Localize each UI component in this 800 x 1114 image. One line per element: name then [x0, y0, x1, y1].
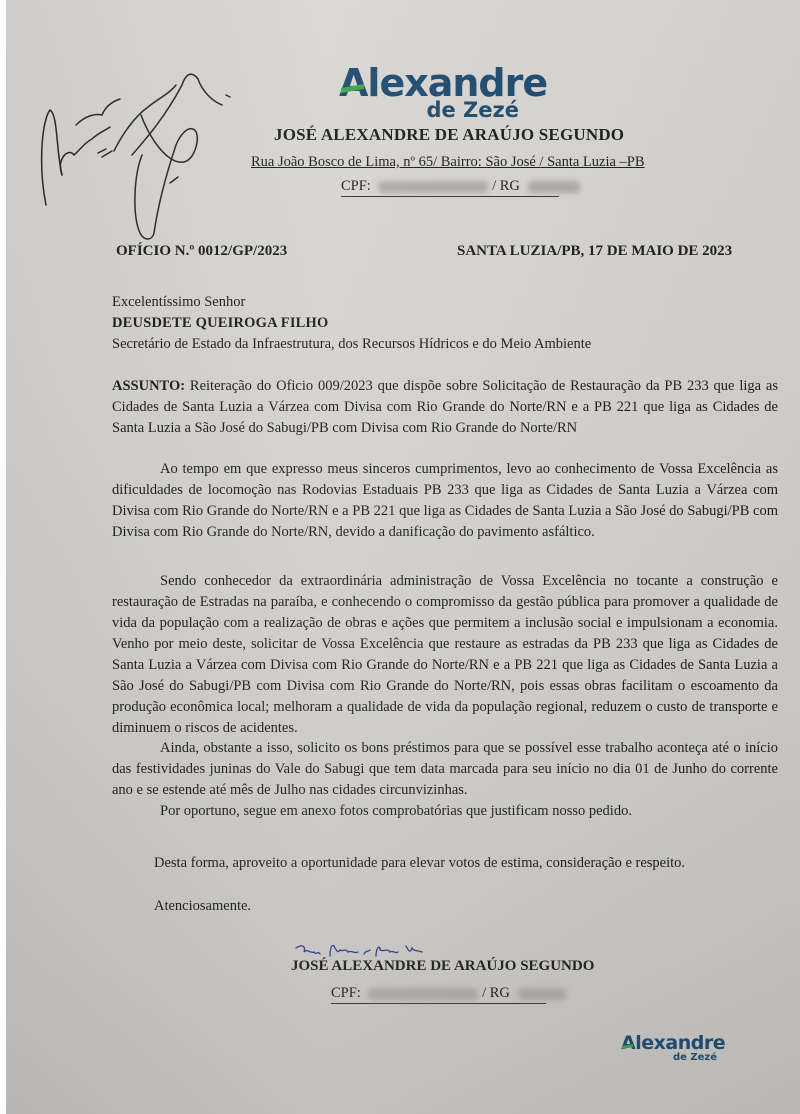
recipient-title: Secretário de Estado da Infraestrutura, … — [112, 334, 591, 355]
handwritten-receipt-note — [36, 55, 236, 245]
cpf-redacted — [378, 181, 488, 193]
cpf-redacted — [368, 988, 478, 1000]
rg-label: / RG — [492, 178, 520, 194]
sender-id-line: CPF: / RG — [341, 178, 559, 197]
logo-initial: A — [339, 64, 367, 102]
subject: ASSUNTO: Reiteração do Oficio 009/2023 q… — [112, 376, 778, 439]
letter-page: Alexandre de Zezé JOSÉ ALEXANDRE DE ARAÚ… — [6, 0, 800, 1114]
signatory-name: JOSÉ ALEXANDRE DE ARAÚJO SEGUNDO — [291, 958, 594, 975]
subject-text: Reiteração do Oficio 009/2023 que dispõe… — [112, 378, 778, 436]
oficio-number: OFÍCIO N.º 0012/GP/2023 — [116, 243, 287, 260]
body-paragraph: Ao tempo em que expresso meus sinceros c… — [112, 459, 778, 543]
closing-line: Desta forma, aproveito a oportunidade pa… — [154, 853, 800, 874]
place-date: SANTA LUZIA/PB, 17 DE MAIO DE 2023 — [457, 243, 732, 260]
rg-label: / RG — [482, 985, 510, 1001]
recipient-block: Excelentíssimo Senhor DEUSDETE QUEIROGA … — [112, 292, 591, 355]
body-paragraph: Por oportuno, segue em anexo fotos compr… — [160, 801, 780, 822]
body-paragraph: Ainda, obstante a isso, solicito os bons… — [112, 738, 778, 801]
logo-header: Alexandre de Zezé — [339, 64, 519, 121]
rg-redacted — [528, 181, 580, 193]
signatory-id-line: CPF: / RG — [331, 985, 546, 1004]
body-paragraph: Sendo conhecedor da extraordinária admin… — [112, 571, 778, 739]
cpf-label: CPF: — [341, 178, 371, 194]
sender-address: Rua João Bosco de Lima, nº 65/ Bairro: S… — [251, 154, 645, 171]
subject-label: ASSUNTO: — [112, 378, 185, 394]
logo-wordmark: lexandre — [635, 1032, 725, 1054]
logo-footer: Alexandre de Zezé — [621, 1034, 717, 1063]
recipient-salutation: Excelentíssimo Senhor — [112, 292, 591, 313]
logo-initial: A — [621, 1034, 635, 1053]
sender-name: JOSÉ ALEXANDRE DE ARAÚJO SEGUNDO — [274, 125, 624, 145]
recipient-name: DEUSDETE QUEIROGA FILHO — [112, 313, 591, 334]
rg-redacted — [518, 988, 566, 1000]
logo-subtitle: de Zezé — [621, 1053, 717, 1063]
regards: Atenciosamente. — [154, 896, 800, 917]
cpf-label: CPF: — [331, 985, 361, 1001]
